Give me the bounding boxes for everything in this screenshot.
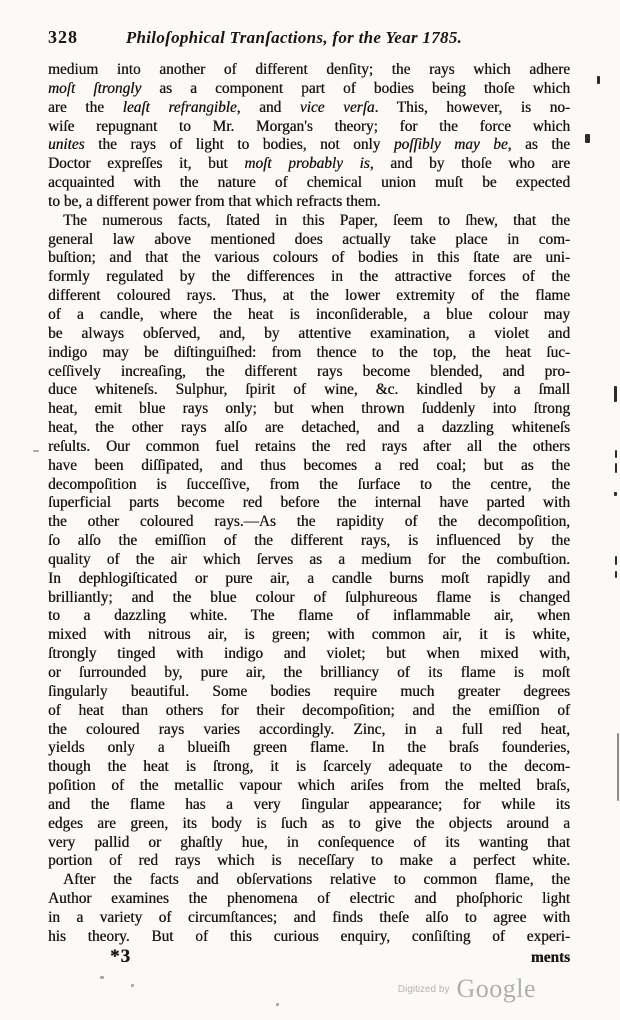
scan-artifact xyxy=(585,134,590,143)
scan-artifact xyxy=(615,571,617,578)
text-segment: In dephlogiſticated or pure air, a candl… xyxy=(48,570,570,587)
text-line: buſtion; and that the various colours of… xyxy=(48,249,570,268)
text-line: or ſurrounded by, pure air, the brillian… xyxy=(48,664,570,683)
text-line: reſults. Our common fuel retains the red… xyxy=(48,438,570,457)
text-segment: medium into another of different denſity… xyxy=(48,61,570,78)
text-segment: the coloured rays varies accordingly. Zi… xyxy=(48,721,570,738)
text-line: In dephlogiſticated or pure air, a candl… xyxy=(48,570,570,589)
text-segment: Author examines the phenomena of electri… xyxy=(48,890,570,907)
watermark-prefix: Digitized by xyxy=(398,984,450,995)
text-line: brilliantly; and the blue colour of ſulp… xyxy=(48,589,570,608)
text-segment: are the xyxy=(48,99,123,116)
text-line: edges are green, its body is ſuch as to … xyxy=(48,815,570,834)
scanned-book-page: 328 Philoſophical Tranſactions, for the … xyxy=(0,0,620,1020)
text-segment: buſtion; and that the various colours of… xyxy=(48,249,570,266)
text-segment: mixed with nitrous air, is green; with c… xyxy=(48,626,570,643)
text-segment: duce whiteneſs. Sulphur, ſpirit of wine,… xyxy=(48,381,570,398)
text-segment: of heat than others for their decompoſit… xyxy=(48,702,570,719)
text-segment: edges are green, its body is ſuch as to … xyxy=(48,815,570,832)
catchword: ments xyxy=(531,948,570,967)
google-logo: Google xyxy=(456,974,536,1004)
text-line: quality of the air which ſerves as a med… xyxy=(48,551,570,570)
text-segment: ſingularly beautiful. Some bodies requir… xyxy=(48,683,570,700)
scan-artifact xyxy=(614,492,617,496)
text-segment: heat, the other rays alſo are detached, … xyxy=(48,419,570,436)
signature-mark: *3 xyxy=(110,947,131,966)
text-segment: formly regulated by the differences in t… xyxy=(48,268,570,285)
text-segment: be always obſerved, and, by attentive ex… xyxy=(48,325,570,342)
italic-text-segment: unites xyxy=(48,136,85,153)
running-header: 328 Philoſophical Tranſactions, for the … xyxy=(48,24,570,51)
text-segment: poſition of the metallic vapour which ar… xyxy=(48,777,570,794)
text-line: have been diſſipated, and thus becomes a… xyxy=(48,457,570,476)
italic-text-segment: moſt ſtrongly xyxy=(48,80,141,97)
italic-text-segment: vice verſa xyxy=(300,99,375,116)
text-line: in a variety of circumſtances; and finds… xyxy=(48,909,570,928)
text-segment: decompoſition is ſucceſſive, from the ſu… xyxy=(48,476,570,493)
text-line: and the flame has a very ſingular appear… xyxy=(48,796,570,815)
text-segment: , as the xyxy=(508,136,570,153)
page-footer: *3 ments xyxy=(48,947,570,967)
scan-artifact xyxy=(615,556,617,565)
text-segment: After the facts and obſervations relativ… xyxy=(63,871,570,888)
scan-artifact xyxy=(597,76,600,84)
text-segment: Doctor expreſſes it, but xyxy=(48,155,244,172)
text-line: formly regulated by the differences in t… xyxy=(48,268,570,287)
text-body: medium into another of different denſity… xyxy=(48,61,570,947)
text-line: medium into another of different denſity… xyxy=(48,61,570,80)
text-segment: heat, emit blue rays only; but when thro… xyxy=(48,400,570,417)
text-segment: wiſe repugnant to Mr. Morgan's theory; f… xyxy=(48,118,570,135)
text-segment: in a variety of circumſtances; and finds… xyxy=(48,909,570,926)
digitized-by-google-watermark: Digitized by Google xyxy=(398,974,536,1004)
text-segment: portion of red rays which is neceſſary t… xyxy=(48,852,570,869)
text-line: the other coloured rays.—As the rapidity… xyxy=(48,513,570,532)
italic-text-segment: moſt probably is xyxy=(244,155,369,172)
text-line: of heat than others for their decompoſit… xyxy=(48,702,570,721)
text-line: wiſe repugnant to Mr. Morgan's theory; f… xyxy=(48,118,570,137)
italic-text-segment: leaſt refrangible xyxy=(123,99,237,116)
text-line: his theory. But of this curious enquiry,… xyxy=(48,928,570,947)
text-segment: the other coloured rays.—As the rapidity… xyxy=(48,513,570,530)
text-line: ceſſively increaſing, the different rays… xyxy=(48,363,570,382)
scan-artifact xyxy=(615,450,617,458)
text-segment: ſuperficial parts become red before the … xyxy=(48,494,570,511)
paragraph: The numerous facts, ſtated in this Paper… xyxy=(48,212,570,872)
text-line: be always obſerved, and, by attentive ex… xyxy=(48,325,570,344)
text-segment: the rays of light to bodies, not only xyxy=(85,136,394,153)
text-line: Doctor expreſſes it, but moſt probably i… xyxy=(48,155,570,174)
text-line: to be, a different power from that which… xyxy=(48,193,570,212)
text-line: general law above mentioned does actuall… xyxy=(48,231,570,250)
text-line: ſingularly beautiful. Some bodies requir… xyxy=(48,683,570,702)
text-segment: quality of the air which ſerves as a med… xyxy=(48,551,570,568)
text-line: portion of red rays which is neceſſary t… xyxy=(48,852,570,871)
text-line: poſition of the metallic vapour which ar… xyxy=(48,777,570,796)
text-segment: very pallid or ghaſtly hue, in conſequen… xyxy=(48,834,570,851)
text-line: decompoſition is ſucceſſive, from the ſu… xyxy=(48,476,570,495)
text-line: duce whiteneſs. Sulphur, ſpirit of wine,… xyxy=(48,381,570,400)
text-segment: reſults. Our common fuel retains the red… xyxy=(48,438,570,455)
text-segment: brilliantly; and the blue colour of ſulp… xyxy=(48,589,570,606)
text-line: different coloured rays. Thus, at the lo… xyxy=(48,287,570,306)
text-segment: indigo may be diſtinguiſhed: from thence… xyxy=(48,344,570,361)
text-segment: different coloured rays. Thus, at the lo… xyxy=(48,287,570,304)
scan-artifact xyxy=(617,733,619,801)
paragraph: medium into another of different denſity… xyxy=(48,61,570,212)
text-segment: . This, however, is no- xyxy=(375,99,571,116)
text-line: though the heat is ſtrong, it is ſcarcel… xyxy=(48,758,570,777)
text-segment: to be, a different power from that which… xyxy=(48,193,380,210)
text-line: yields only a blueiſh green flame. In th… xyxy=(48,739,570,758)
text-line: heat, the other rays alſo are detached, … xyxy=(48,419,570,438)
text-segment: his theory. But of this curious enquiry,… xyxy=(48,928,570,945)
text-segment: , and xyxy=(237,99,300,116)
text-line: After the facts and obſervations relativ… xyxy=(48,871,570,890)
text-line: acquainted with the nature of chemical u… xyxy=(48,174,570,193)
paragraph: After the facts and obſervations relativ… xyxy=(48,871,570,946)
text-segment: The numerous facts, ſtated in this Paper… xyxy=(63,212,570,229)
scan-artifact xyxy=(276,1003,279,1006)
text-line: very pallid or ghaſtly hue, in conſequen… xyxy=(48,834,570,853)
text-line: ſtrongly tinged with indigo and violet; … xyxy=(48,645,570,664)
text-line: The numerous facts, ſtated in this Paper… xyxy=(48,212,570,231)
text-segment: general law above mentioned does actuall… xyxy=(48,231,570,248)
text-segment: as a component part of bodies being thoſ… xyxy=(141,80,570,97)
text-segment: to a dazzling white. The flame of inflam… xyxy=(48,607,570,624)
scan-artifact xyxy=(100,976,104,979)
text-segment: yields only a blueiſh green flame. In th… xyxy=(48,739,570,756)
text-line: to a dazzling white. The flame of inflam… xyxy=(48,607,570,626)
text-line: ſuperficial parts become red before the … xyxy=(48,494,570,513)
scan-artifact xyxy=(131,984,134,987)
text-line: are the leaſt refrangible, and vice verſ… xyxy=(48,99,570,118)
text-line: Author examines the phenomena of electri… xyxy=(48,890,570,909)
scan-artifact xyxy=(33,450,39,452)
italic-text-segment: poſſibly may be xyxy=(394,136,508,153)
text-segment: of a candle, where the heat is inconſide… xyxy=(48,306,570,323)
text-segment: ceſſively increaſing, the different rays… xyxy=(48,363,570,380)
text-line: the coloured rays varies accordingly. Zi… xyxy=(48,721,570,740)
running-title: Philoſophical Tranſactions, for the Year… xyxy=(78,25,570,51)
text-line: ſo alſo the emiſſion of the different ra… xyxy=(48,532,570,551)
text-segment: ſo alſo the emiſſion of the different ra… xyxy=(48,532,570,549)
text-line: of a candle, where the heat is inconſide… xyxy=(48,306,570,325)
scan-artifact xyxy=(615,463,617,473)
page-content: 328 Philoſophical Tranſactions, for the … xyxy=(48,24,570,967)
text-segment: and the flame has a very ſingular appear… xyxy=(48,796,570,813)
text-line: indigo may be diſtinguiſhed: from thence… xyxy=(48,344,570,363)
text-segment: have been diſſipated, and thus becomes a… xyxy=(48,457,570,474)
text-line: unites the rays of light to bodies, not … xyxy=(48,136,570,155)
text-line: mixed with nitrous air, is green; with c… xyxy=(48,626,570,645)
text-segment: , and by thoſe who are xyxy=(370,155,570,172)
text-segment: or ſurrounded by, pure air, the brillian… xyxy=(48,664,570,681)
page-number: 328 xyxy=(48,24,78,50)
scan-artifact xyxy=(614,386,617,402)
text-segment: though the heat is ſtrong, it is ſcarcel… xyxy=(48,758,570,775)
text-line: moſt ſtrongly as a component part of bod… xyxy=(48,80,570,99)
text-segment: ſtrongly tinged with indigo and violet; … xyxy=(48,645,570,662)
text-line: heat, emit blue rays only; but when thro… xyxy=(48,400,570,419)
text-segment: acquainted with the nature of chemical u… xyxy=(48,174,570,191)
